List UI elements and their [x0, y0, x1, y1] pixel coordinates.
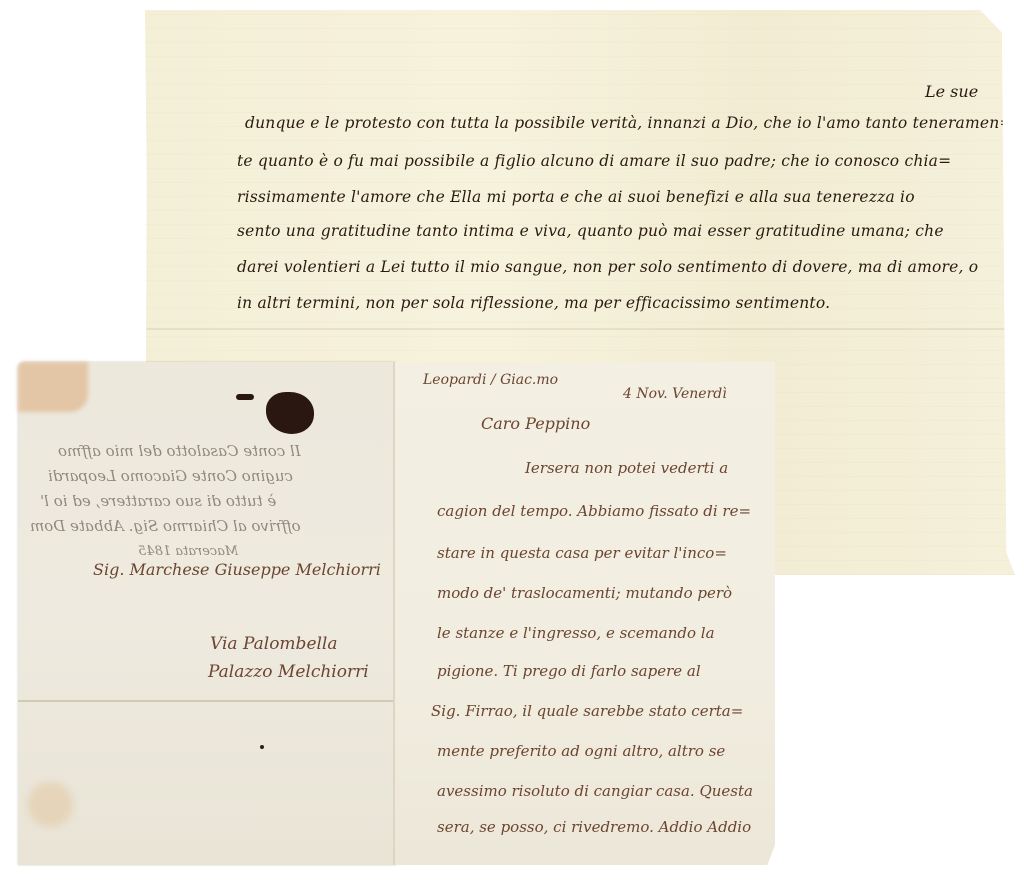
letter-right-line-1: Iersera non potei vederti a [525, 459, 728, 477]
archive-note: Leopardi / Giac.mo [423, 372, 558, 388]
letter-right-line-10: sera, se posso, ci rivedremo. Addio Addi… [437, 818, 751, 836]
address-sheet: Il conte Casalotto del mio affmo cugino … [18, 362, 396, 865]
letter-right-line-7: Sig. Firrao, il quale sarebbe stato cert… [431, 702, 743, 720]
wax-seal [266, 392, 314, 434]
letter-top-line-3: rissimamente l'amore che Ella mi porta e… [237, 188, 915, 206]
wax-seal-drip [236, 394, 254, 400]
address-building: Palazzo Melchiorri [208, 662, 369, 682]
letter-right-line-4: modo de' traslocamenti; mutando però [437, 584, 732, 602]
mirrored-line-2: cugino Conte Giacomo Leopardi [48, 467, 293, 485]
letter-top-line-2: te quanto è o fu mai possibile a figlio … [237, 152, 951, 170]
letter-right-line-8: mente preferito ad ogni altro, altro se [437, 742, 725, 760]
letter-date: 4 Nov. Venerdì [623, 386, 727, 402]
letter-top-line-1: dunque e le protesto con tutta la possib… [245, 114, 1013, 132]
address-recipient: Sig. Marchese Giuseppe Melchiorri [93, 560, 381, 579]
letter-top-line-6: in altri termini, non per sola riflessio… [237, 294, 830, 312]
letter-right-sheet: Leopardi / Giac.mo 4 Nov. Venerdì Caro P… [393, 362, 775, 865]
letter-top-heading: Le sue [925, 82, 978, 101]
ink-dot [260, 745, 264, 749]
letter-right-line-5: le stanze e l'ingresso, e scemando la [437, 624, 715, 642]
mirrored-line-3: è tutto di suo carattere, ed io l' [40, 492, 276, 510]
salutation: Caro Peppino [481, 414, 590, 433]
letter-top-line-5: darei volentieri a Lei tutto il mio sang… [237, 258, 978, 276]
letter-right-line-6: pigione. Ti prego di farlo sapere al [437, 662, 701, 680]
letter-right-line-2: cagion del tempo. Abbiamo fissato di re= [437, 502, 751, 520]
letter-top-line-4: sento una gratitudine tanto intima e viv… [237, 222, 944, 240]
paper-fold [145, 328, 1015, 330]
paper-stain [28, 782, 73, 827]
mirrored-line-4: offrivo al Chiarmo Sig. Abbate Dom [30, 517, 301, 535]
address-street: Via Palombella [210, 634, 338, 654]
paper-fold [18, 700, 396, 702]
letter-right-line-9: avessimo risoluto di cangiar casa. Quest… [437, 782, 753, 800]
letter-right-line-3: stare in questa casa per evitar l'inco= [437, 544, 727, 562]
mirrored-line-1: Il conte Casalotto del mio affmo [58, 442, 301, 460]
paper-stain [18, 362, 88, 412]
mirrored-line-5: Macerata 1845 [138, 544, 238, 559]
